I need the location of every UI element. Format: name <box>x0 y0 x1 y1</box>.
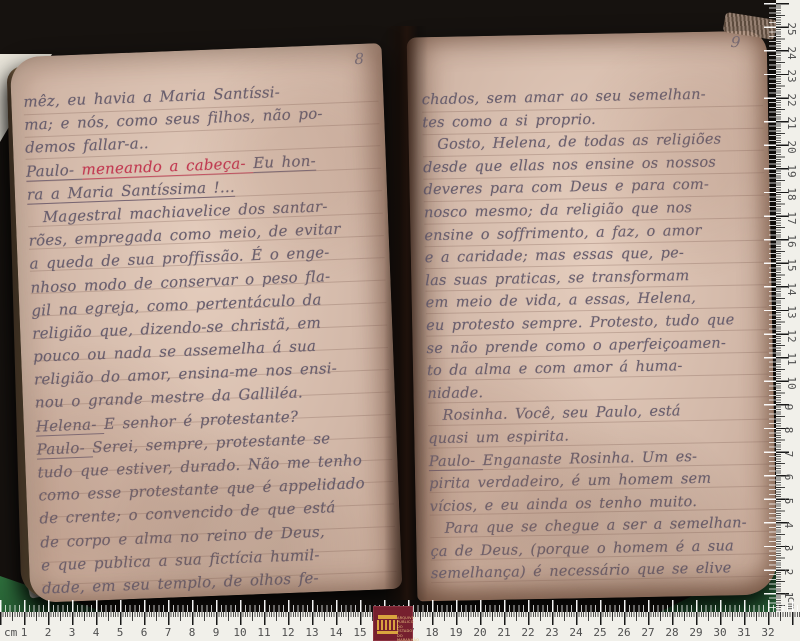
left-page: 8 mêz, eu havia a Maria Santíssi-ma; e n… <box>10 43 403 603</box>
archive-logo: ARQUIVOPÚBLICODO ESTADODO MARANHÃO <box>373 606 413 641</box>
ruler-h-label: 2 <box>45 626 52 639</box>
ink-text: Paulo- <box>26 160 82 181</box>
ink-text: to da alma e com amor á huma- <box>427 358 683 379</box>
ruler-h-label: 15 <box>353 626 366 639</box>
ink-text: las suas praticas, se transformam <box>425 268 689 289</box>
ink-text: Gosto, Helena, de todas as religiões <box>423 132 722 154</box>
right-page-text: chados, sem amar ao seu semelhan-tes com… <box>422 83 773 591</box>
ruler-v-label: 8 <box>782 427 795 434</box>
ruler-v-label: 10 <box>785 376 798 389</box>
ink-text: e a caridade; mas essas que, pe- <box>425 245 685 266</box>
ruler-h-label: 11 <box>257 626 270 639</box>
ruler-h-label: 23 <box>545 626 558 639</box>
ink-text: desde que ellas nos ensine os nossos <box>423 154 716 176</box>
ink-text: ça de Deus, (porque o homem é a sua <box>430 538 734 560</box>
ruler-unit-label: cm <box>4 626 17 639</box>
ink-text: ensine o soffrimento, a faz, o amor <box>424 222 702 243</box>
page-number-left: 8 <box>354 50 364 68</box>
ruler-h-label: 4 <box>93 626 100 639</box>
ruler-v-label: 4 <box>782 521 795 528</box>
ruler-h-label: 14 <box>329 626 342 639</box>
ruler-v-label: 22 <box>785 93 798 106</box>
ruler-v-label: 7 <box>782 450 795 457</box>
ruler-v-label: 17 <box>785 211 798 224</box>
ruler-h-label: 12 <box>281 626 294 639</box>
ruler-h-label: 6 <box>141 626 148 639</box>
archive-logo-text-line: DO ESTADO <box>397 625 411 634</box>
ruler-h-label: 7 <box>165 626 172 639</box>
ink-text: quasi um espirita. <box>428 428 569 447</box>
ink-text: semelhança) é necessário que se elive <box>431 561 732 583</box>
ruler-vertical: cm12345678910111213141516171819202122232… <box>776 0 800 612</box>
ruler-v-label: 11 <box>785 353 798 366</box>
page-number-right: 9 <box>730 33 741 52</box>
ruler-v-label: 1 <box>782 592 795 599</box>
ink-text: chados, sem amar ao seu semelhan- <box>422 87 706 108</box>
right-page: 9 chados, sem amar ao seu semelhan-tes c… <box>407 31 778 602</box>
ruler-v-label: 16 <box>785 235 798 248</box>
ruler-h-label: 24 <box>569 626 582 639</box>
ink-text: Paulo- <box>429 453 483 471</box>
ruler-h-label: 25 <box>593 626 606 639</box>
ruler-v-label: 21 <box>785 117 798 130</box>
ink-text: Helena- <box>35 415 104 437</box>
ruler-v-label: 19 <box>785 164 798 177</box>
archive-logo-text: ARQUIVOPÚBLICODO ESTADODO MARANHÃO <box>397 616 411 641</box>
ruler-h-label: 5 <box>117 626 124 639</box>
ruler-h-label: 13 <box>305 626 318 639</box>
ruler-h-label: 28 <box>665 626 678 639</box>
ruler-h-label: 20 <box>473 626 486 639</box>
ink-text: se não prende como o aperfeiçoamen- <box>426 335 726 357</box>
ink-text: em meio de vida, a essas, Helena, <box>426 290 697 311</box>
left-page-text: mêz, eu havia a Maria Santíssi-ma; e nós… <box>23 77 397 602</box>
ruler-v-label: 23 <box>785 70 798 83</box>
ruler-v-label: 24 <box>785 46 798 59</box>
ink-text: Rosinha. Você, seu Paulo, está <box>428 404 681 425</box>
ink-text: nosco mesmo; da religião que nos <box>424 200 692 221</box>
ruler-h-label: 29 <box>689 626 702 639</box>
ruler-v-label: 2 <box>782 568 795 575</box>
ink-text: vícios, e eu ainda os tenho muito. <box>429 494 697 515</box>
archive-logo-text-line: DO MARANHÃO <box>397 634 411 641</box>
ruler-v-label: 25 <box>785 22 798 35</box>
ruler-h-label: 9 <box>213 626 220 639</box>
ink-text: deveres para com Deus e para com- <box>423 177 709 198</box>
ruler-h-label: 22 <box>521 626 534 639</box>
ruler-v-label: 20 <box>785 140 798 153</box>
ruler-v-label: 9 <box>782 403 795 410</box>
ruler-h-label: 21 <box>497 626 510 639</box>
book-gutter-shadow <box>384 26 428 600</box>
ink-text: demos fallar-a.. <box>25 134 149 157</box>
building-icon <box>377 615 398 634</box>
ruler-v-label: 12 <box>785 329 798 342</box>
ruler-v-label: 15 <box>785 258 798 271</box>
ruler-h-label: 26 <box>617 626 630 639</box>
ink-text: nidade. <box>427 385 483 402</box>
ruler-h-label: 31 <box>737 626 750 639</box>
ruler-h-label: 27 <box>641 626 654 639</box>
ruler-h-label: 3 <box>69 626 76 639</box>
ruler-v-label: 5 <box>782 498 795 505</box>
manuscript-scan: 8 mêz, eu havia a Maria Santíssi-ma; e n… <box>0 0 800 641</box>
ink-text: Enganaste Rosinha. Um es- <box>482 449 697 469</box>
ruler-h-label: 30 <box>713 626 726 639</box>
ruler-h-label: 1 <box>21 626 28 639</box>
ruler-v-label: 6 <box>782 474 795 481</box>
ruler-h-label: 18 <box>425 626 438 639</box>
ruler-vertical-outer-ticks <box>764 0 776 612</box>
ink-text: Para que se chegue a ser a semelhan- <box>430 515 747 537</box>
ruler-v-label: 13 <box>785 306 798 319</box>
ink-text: Eu hon- <box>253 151 316 172</box>
ink-text: tes como a si proprio. <box>422 111 596 130</box>
ink-text: eu protesto sempre. Protesto, tudo que <box>426 312 735 334</box>
ruler-h-label: 10 <box>233 626 246 639</box>
ruler-h-label: 19 <box>449 626 462 639</box>
ink-text: Paulo- <box>36 438 92 459</box>
ink-text: pirita verdadeiro, é um homem sem <box>429 471 711 492</box>
ruler-h-label: 32 <box>761 626 774 639</box>
ruler-v-label: 3 <box>782 545 795 552</box>
ruler-h-label: 8 <box>189 626 196 639</box>
ruler-v-label: 18 <box>785 188 798 201</box>
ruler-v-label: 14 <box>785 282 798 295</box>
